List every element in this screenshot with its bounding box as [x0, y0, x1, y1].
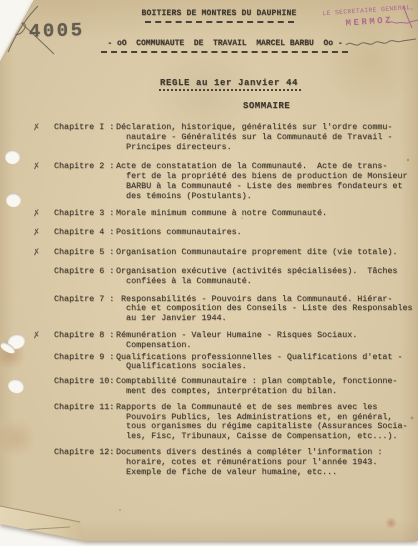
catalog-number-stamp: 4005 [29, 19, 85, 42]
chapter-text: Positions communautaires. [116, 228, 416, 238]
rule-date-underline [159, 89, 301, 91]
pencil-x-mark: ✗ [32, 247, 54, 260]
pencil-x-mark: ✗ [32, 207, 54, 220]
company-title-underline [145, 21, 294, 23]
punch-hole [6, 193, 21, 207]
company-title: BOITIERS DE MONTRES DU DAUPHINE [10, 9, 418, 18]
pencil-x-mark [33, 351, 54, 354]
chapter-text: Rapports de la Communauté et de ses memb… [116, 403, 416, 442]
chapter-entry-7: Chapitre 7 : Responsabilités - Pouvoirs … [33, 295, 416, 324]
pencil-x-mark: ✗ [32, 122, 54, 135]
chapter-label: Chapitre 8 : [54, 331, 116, 341]
chapter-text: Rémunération - Valeur Humaine - Risques … [116, 331, 416, 351]
pencil-x-mark [33, 401, 54, 404]
chapter-label: Chapitre 2 : [54, 162, 116, 172]
community-title: - oO COMMUNAUTE DE TRAVAIL MARCEL BARBU … [101, 39, 349, 48]
chapter-label: Chapitre I : [54, 123, 116, 133]
pencil-squiggle [346, 39, 416, 45]
chapter-label: Chapitre 4 : [54, 228, 116, 238]
pencil-x-mark [33, 446, 54, 449]
chapter-label: Chapitre 7 : [54, 295, 116, 305]
chapter-label: Chapitre 12: [54, 448, 116, 458]
chapter-label: Chapitre 11: [54, 403, 116, 413]
pencil-x-mark: ✗ [32, 161, 54, 174]
pencil-x-mark [33, 376, 54, 379]
chapter-label: Chapitre 3 : [54, 209, 116, 219]
chapter-entry-6: Chapitre 6 : Organisation exécutive (act… [33, 267, 416, 287]
chapter-entry-12: Chapitre 12: Documents divers destinés a… [33, 448, 416, 477]
pencil-x-mark [33, 266, 54, 269]
chapter-text: Organisation Communautaire proprement di… [116, 248, 416, 258]
table-of-contents: ✗ Chapitre I : Déclaration, historique, … [33, 123, 416, 477]
chapter-text: Acte de constatation de la Communauté. A… [116, 162, 416, 201]
chapter-entry-8: ✗ Chapitre 8 : Rémunération - Valeur Hum… [33, 331, 416, 351]
chapter-label: Chapitre 6 : [54, 267, 116, 277]
chapter-entry-4: ✗ Chapitre 4 : Positions communautaires. [33, 228, 416, 238]
chapter-text: Qualifications professionnelles - Qualif… [116, 353, 416, 373]
chapter-text: Comptabilité Communautaire : plan compta… [116, 377, 416, 397]
chapter-label: Chapitre 9 : [54, 353, 116, 363]
chapter-text: Responsabilités - Pouvoirs dans la Commu… [116, 295, 416, 324]
paper-sheet: 4005 LE SECRETAIRE GENERAL, MERMOZ BOITI… [0, 0, 418, 541]
chapter-label: Chapitre 5 : [54, 248, 116, 258]
chapter-entry-5: ✗ Chapitre 5 : Organisation Communautair… [33, 248, 416, 258]
chapter-entry-1: ✗ Chapitre I : Déclaration, historique, … [33, 123, 416, 152]
pencil-x-mark: ✗ [32, 330, 54, 343]
community-title-underline [101, 51, 348, 53]
chapter-text: Déclaration, historique, généralités sur… [116, 123, 416, 152]
punch-hole [5, 150, 20, 164]
chapter-text: Morale minimum commune à notre Communaut… [116, 209, 416, 219]
chapter-text: Documents divers destinés a compléter l'… [116, 448, 416, 477]
summary-heading: SOMMAIRE [243, 101, 290, 111]
pencil-x-mark [33, 293, 54, 296]
chapter-entry-11: Chapitre 11: Rapports de la Communauté e… [33, 403, 416, 442]
chapter-entry-2: ✗ Chapitre 2 : Acte de constatation de l… [33, 162, 416, 201]
rule-date-title: REGLE au 1er Janvier 44 [160, 78, 298, 88]
torn-punch-hole [7, 378, 25, 395]
pencil-x-mark: ✗ [32, 227, 54, 240]
chapter-entry-3: ✗ Chapitre 3 : Morale minimum commune à … [33, 209, 416, 219]
corner-fold [0, 504, 86, 541]
chapter-entry-9: Chapitre 9 : Qualifications professionne… [33, 353, 416, 373]
chapter-text: Organisation exécutive (activités spécia… [116, 267, 416, 287]
scanned-page: 4005 LE SECRETAIRE GENERAL, MERMOZ BOITI… [0, 0, 418, 546]
chapter-entry-10: Chapitre 10: Comptabilité Communautaire … [33, 377, 416, 397]
chapter-label: Chapitre 10: [54, 377, 116, 387]
